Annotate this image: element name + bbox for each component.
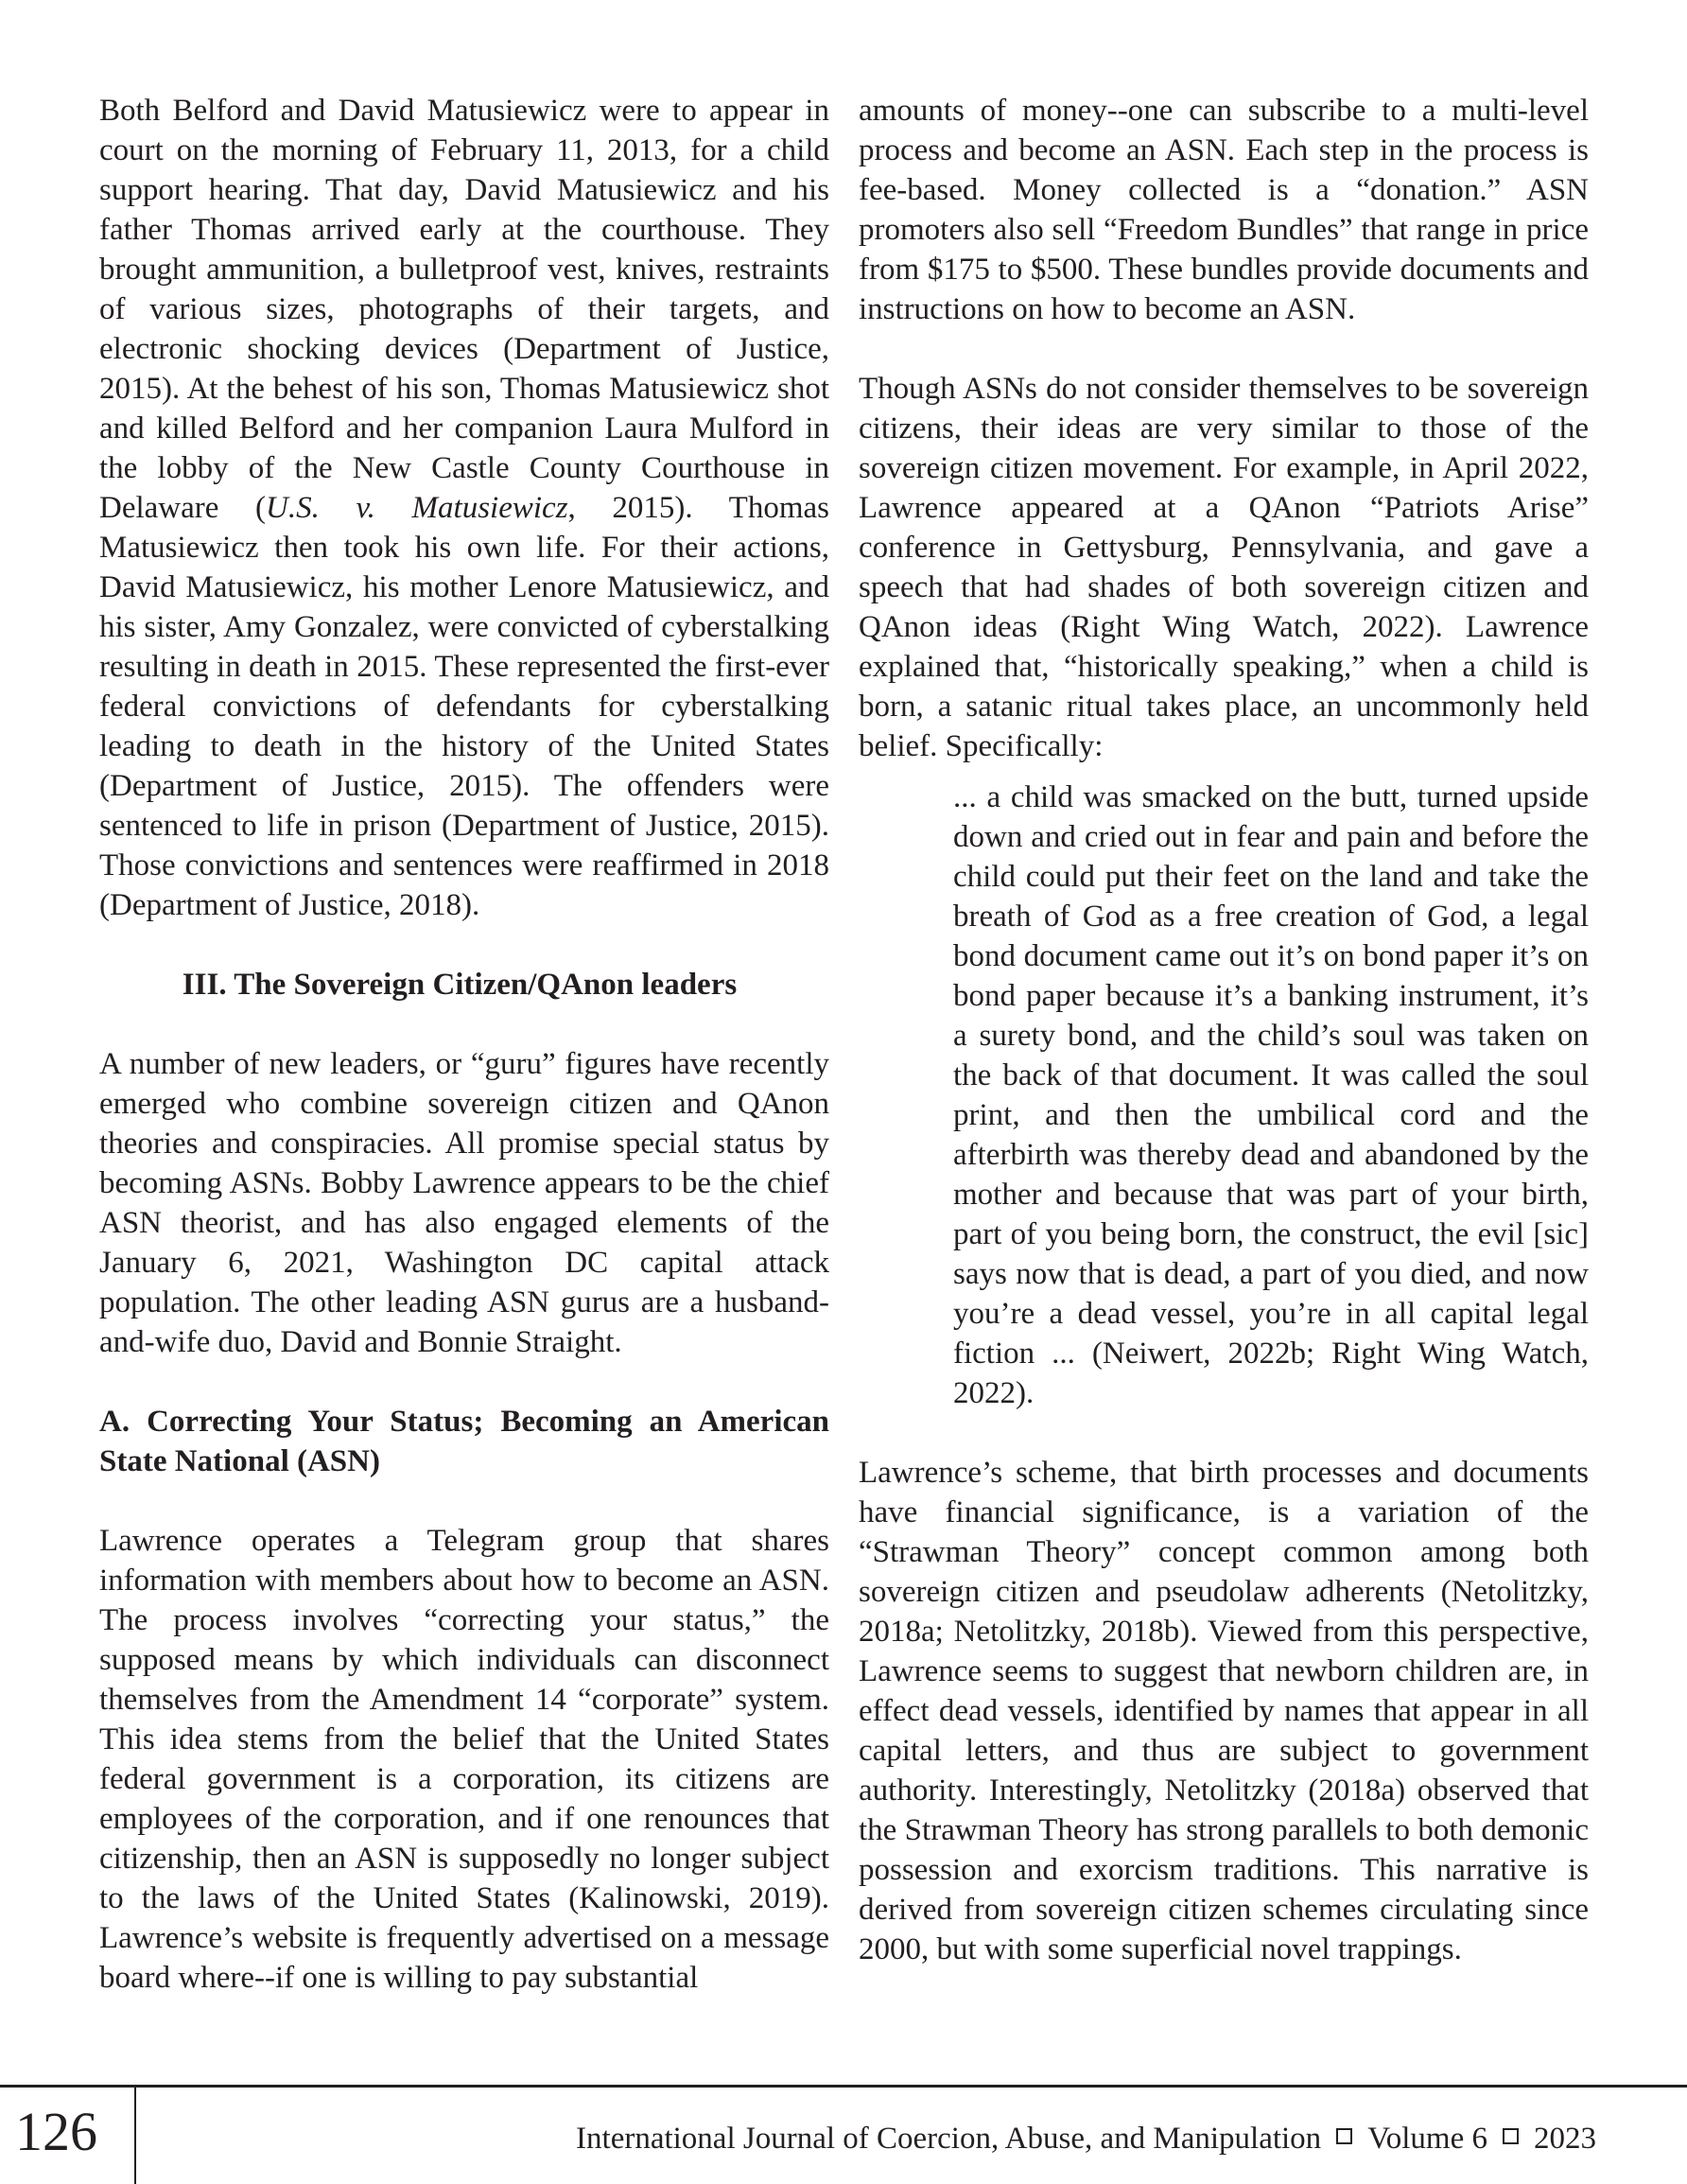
footer-divider (134, 2088, 136, 2184)
paragraph-strawman-theory: Lawrence’s scheme, that birth processes … (859, 1453, 1589, 1969)
subsection-heading: A. Correcting Your Status; Becoming an A… (99, 1402, 829, 1481)
left-column: Both Belford and David Matusiewicz were … (99, 91, 829, 1998)
paragraph-freedom-bundles: amounts of money--one can subscribe to a… (859, 91, 1589, 329)
paragraph-leaders-intro: A number of new leaders, or “guru” figur… (99, 1044, 829, 1362)
paragraph-matusiewicz-case: Both Belford and David Matusiewicz were … (99, 91, 829, 925)
paragraph-telegram-group: Lawrence operates a Telegram group that … (99, 1521, 829, 1998)
paragraph-text: , 2015). Thomas Matusiewicz then took hi… (99, 491, 829, 922)
journal-title: International Journal of Coercion, Abuse… (576, 2122, 1321, 2156)
journal-footer: International Journal of Coercion, Abuse… (576, 2119, 1596, 2158)
year-label: 2023 (1534, 2122, 1596, 2156)
paragraph-asn-ideas: Though ASNs do not consider themselves t… (859, 369, 1589, 766)
separator-square-icon (1503, 2128, 1519, 2144)
page-number: 126 (15, 2102, 97, 2162)
volume-label: Volume 6 (1367, 2122, 1487, 2156)
block-quote: ... a child was smacked on the butt, tur… (953, 778, 1589, 1413)
section-heading: III. The Sovereign Citizen/QAnon leaders (99, 965, 829, 1005)
case-citation-italic: U.S. v. Matusiewicz (266, 491, 568, 525)
footer-rule (0, 2085, 1687, 2088)
paragraph-text: Both Belford and David Matusiewicz were … (99, 94, 829, 525)
separator-square-icon (1336, 2128, 1352, 2144)
right-column: amounts of money--one can subscribe to a… (859, 91, 1589, 1969)
